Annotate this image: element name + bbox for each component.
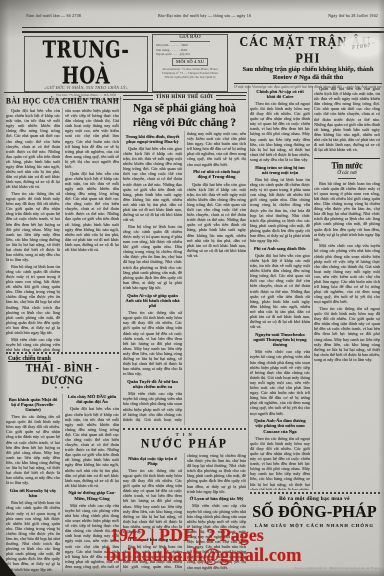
subhead: Ở Lyon sẽ bàn động tác Mỹ — [189, 496, 244, 501]
article-baihoc: BÀI HỌC CỦA CHIẾN TRANH Quân đội hai bên… — [6, 96, 119, 355]
column-5: Chính phủ Ai-cập có rời khỏi đô Caire Th… — [250, 86, 310, 490]
lead-subhead-2: Rostov ở Nga đã thất thủ — [234, 74, 382, 82]
lottery-ad-box: Bỏ ra một đồng bạc mua vé SỐ ĐÔNG-PHÁP L… — [248, 496, 381, 528]
dateline-center: Bảo-Đại năm thứ mười bảy — tháng sáu — n… — [158, 13, 251, 18]
masthead-box: TRUNG-HOÀ «GIỮ ĐỨC VI NHÂN, NOI THEO CHÂ… — [24, 36, 148, 92]
watermark-line-2: buihuuhanh@gmail.com — [106, 546, 302, 567]
body-paragraph: Quân đội hai bên vẫn còn giao chiến kịch… — [123, 146, 182, 222]
edge-shadow-top — [0, 0, 384, 12]
body-paragraph: Bản bộ tổng tư lệnh loan tin rằng các cá… — [123, 224, 182, 290]
tin-nuoc-box: Tin nước Ở các nơi — [314, 158, 380, 179]
body-paragraph: Theo tin các thông tấn xã ngoại quốc thì… — [250, 101, 310, 162]
body-paragraph: Quân đội hai bên vẫn còn giao chiến kịch… — [65, 171, 119, 253]
article-tinhhinh: TÌNH HÌNH THẾ GIỚI Nga sẽ phải giảng hoà… — [123, 95, 246, 425]
subhead: Trong khi điều đình, thuyết phục ngoại-t… — [125, 134, 180, 144]
article-body: Quân đội hai bên vẫn còn giao chiến kịch… — [6, 108, 119, 355]
corner-shadow — [0, 0, 70, 40]
ad-line-1: Bỏ ra một đồng bạc mua vé — [248, 496, 381, 502]
body-paragraph: Quân đội hai bên vẫn còn giao chiến kịch… — [187, 182, 246, 258]
source-caption: Source gallica.bnf.fr / Bibliothèque nat… — [294, 566, 381, 570]
article-body: Trong khi điều đình, thuyết phục ngoại-t… — [123, 131, 246, 425]
subhead: Quân Ai-cập sẽ giúp quân Anh sửa lối hàn… — [125, 293, 180, 309]
article-headline: Nga sẽ phải giảng hoà riêng với Đức chăn… — [123, 102, 246, 129]
body-paragraph: Bản bộ tổng tư lệnh loan tin rằng các cá… — [6, 500, 60, 571]
article-thaibinhduong: Cuộc chiến tranh THÁI - BÌNH - DƯƠNG * *… — [6, 356, 119, 572]
section-kicker-row: TÌNH HÌNH THẾ GIỚI — [123, 95, 246, 100]
article-headline: NƯỚC PHÁP — [123, 437, 246, 450]
dashed-separator — [250, 492, 380, 494]
subhead: Ngã tư đường giáp Cao-Miên, Hồng-Công — [67, 490, 117, 500]
article-headline: BÀI HỌC CỦA CHIẾN TRANH — [6, 95, 119, 105]
article-body: Bọn khinh quân Nhật đổ bộ ở Papua (Nouve… — [6, 394, 119, 572]
subhead: Quân Anh-Ấn đảm đương việc phòng thủ miề… — [252, 418, 308, 434]
masthead-bottom-rule — [4, 92, 247, 93]
price-line: Ngoại-quốc . . . . gấp đôi — [156, 52, 224, 56]
subhead: Quân Tuyết-đồ Ái-nhĩ-lan nhận chiếm miền… — [125, 379, 180, 389]
body-paragraph: Theo tin các thông tấn xã ngoại quốc thì… — [6, 414, 60, 485]
ad-title: SỐ ĐÔNG-PHÁP — [248, 504, 381, 523]
dateline-left: Năm thứ mười lăm — Số 2738 — [26, 13, 81, 18]
body-paragraph: Theo tin các thông tấn xã ngoại quốc thì… — [123, 310, 182, 376]
newspaper-page: Năm thứ mười lăm — Số 2738 Bảo-Đại năm t… — [0, 0, 384, 576]
body-paragraph: Quân đội hai bên vẫn còn giao chiến kịch… — [314, 86, 380, 152]
body-paragraph: Một viên chức cao cấp vừa tuyên bố cùng … — [314, 243, 380, 304]
dateline: Năm thứ mười lăm — Số 2738 Bảo-Đại năm t… — [26, 13, 378, 18]
subhead: Hàng trăm xe tăng bị tan nát trong một t… — [252, 165, 308, 175]
subhead: Lửa cháy MỎ DẦU giữa dải quân đội Án — [67, 394, 117, 404]
subhead: Phi cơ nhỏ có cánh hoạt động ở Trung-đôn… — [189, 169, 244, 179]
body-paragraph: Bản bộ tổng tư lệnh loan tin rằng các cá… — [314, 181, 380, 242]
body-paragraph: Bản bộ tổng tư lệnh loan tin rằng các cá… — [6, 264, 60, 335]
kicker-rule — [123, 95, 153, 100]
body-paragraph: Quân đội hai bên vẫn còn giao chiến kịch… — [65, 406, 119, 488]
lead-subhead-1: Sau những trận giáp chiến không khiếp, t… — [234, 66, 382, 74]
top-rule — [22, 27, 384, 33]
section-kicker: T I N — [123, 432, 246, 437]
tin-nuoc-subtitle: Ở các nơi — [314, 171, 380, 176]
tin-nuoc-title: Tin nước — [314, 160, 380, 170]
body-paragraph: Theo tin các thông tấn xã ngoại quốc thì… — [250, 436, 310, 490]
watermark-line-1: 1942 | PDF | 2 Pages — [110, 525, 264, 546]
price-box: GIÁ BÁO Một năm . . . . . . . 5$00 Sáu t… — [152, 34, 228, 92]
ad-line-2: LÀM GIÀU MỘT CÁCH NHANH CHÓNG — [248, 523, 381, 528]
column-6: Quân đội hai bên vẫn còn giao chiến kịch… — [314, 86, 380, 490]
body-paragraph: Bản bộ tổng tư lệnh loan tin rằng các cá… — [250, 177, 310, 243]
price-box-title: GIÁ BÁO — [170, 36, 210, 42]
body-paragraph: Theo tin các thông tấn xã ngoại quốc thì… — [6, 191, 60, 262]
body-paragraph: Theo tin các thông tấn xã ngoại quốc thì… — [314, 306, 380, 362]
section-kicker: Cuộc chiến tranh — [8, 356, 119, 362]
subhead: Nhân đại cuộc tập trận ở Pháp — [125, 456, 180, 466]
dashed-separator — [6, 352, 119, 354]
body-paragraph: Một viên chức cao cấp vừa tuyên bố cùng … — [250, 349, 310, 415]
section-kicker: TÌNH HÌNH THẾ GIỚI — [153, 95, 216, 100]
kicker-rule — [216, 95, 246, 100]
price-line: Thư từ, ngân phiếu gửi cho ông Quản-lý — [156, 75, 224, 79]
divider — [290, 83, 326, 84]
dateline-right: Ngày thứ ba 28 Juillet 1942 — [328, 13, 378, 18]
postal-stamp: F1867 — [341, 37, 383, 57]
subhead: Chính phủ Ai-cập có rời khỏi đô Caire — [252, 89, 308, 99]
per-issue-price: MỖI SỐ 4 XU — [172, 58, 208, 66]
vertical-rule — [248, 86, 249, 490]
body-paragraph: Quân đội hai bên vẫn còn giao chiến kịch… — [250, 253, 310, 329]
stamp-text: F1867 — [352, 43, 372, 51]
article-headline: THÁI - BÌNH - DƯƠNG — [6, 363, 119, 387]
masthead-title: TRUNG-HOÀ — [25, 38, 147, 90]
subhead: Bọn khinh quân Nhật đổ bộ ở Papua (Nouve… — [8, 397, 58, 413]
subhead: Phi cơ Anh sang đánh Đức — [252, 246, 308, 251]
body-paragraph: Quân đội hai bên vẫn còn giao chiến kịch… — [6, 108, 60, 190]
vertical-rule — [312, 86, 313, 490]
vertical-rule — [120, 96, 121, 572]
divider — [338, 178, 356, 179]
subhead: Gần tới Kurusky bị vây hãm — [8, 488, 58, 498]
subhead: Nguyên-soái Timochenko người Thượng-lưu … — [252, 332, 308, 348]
